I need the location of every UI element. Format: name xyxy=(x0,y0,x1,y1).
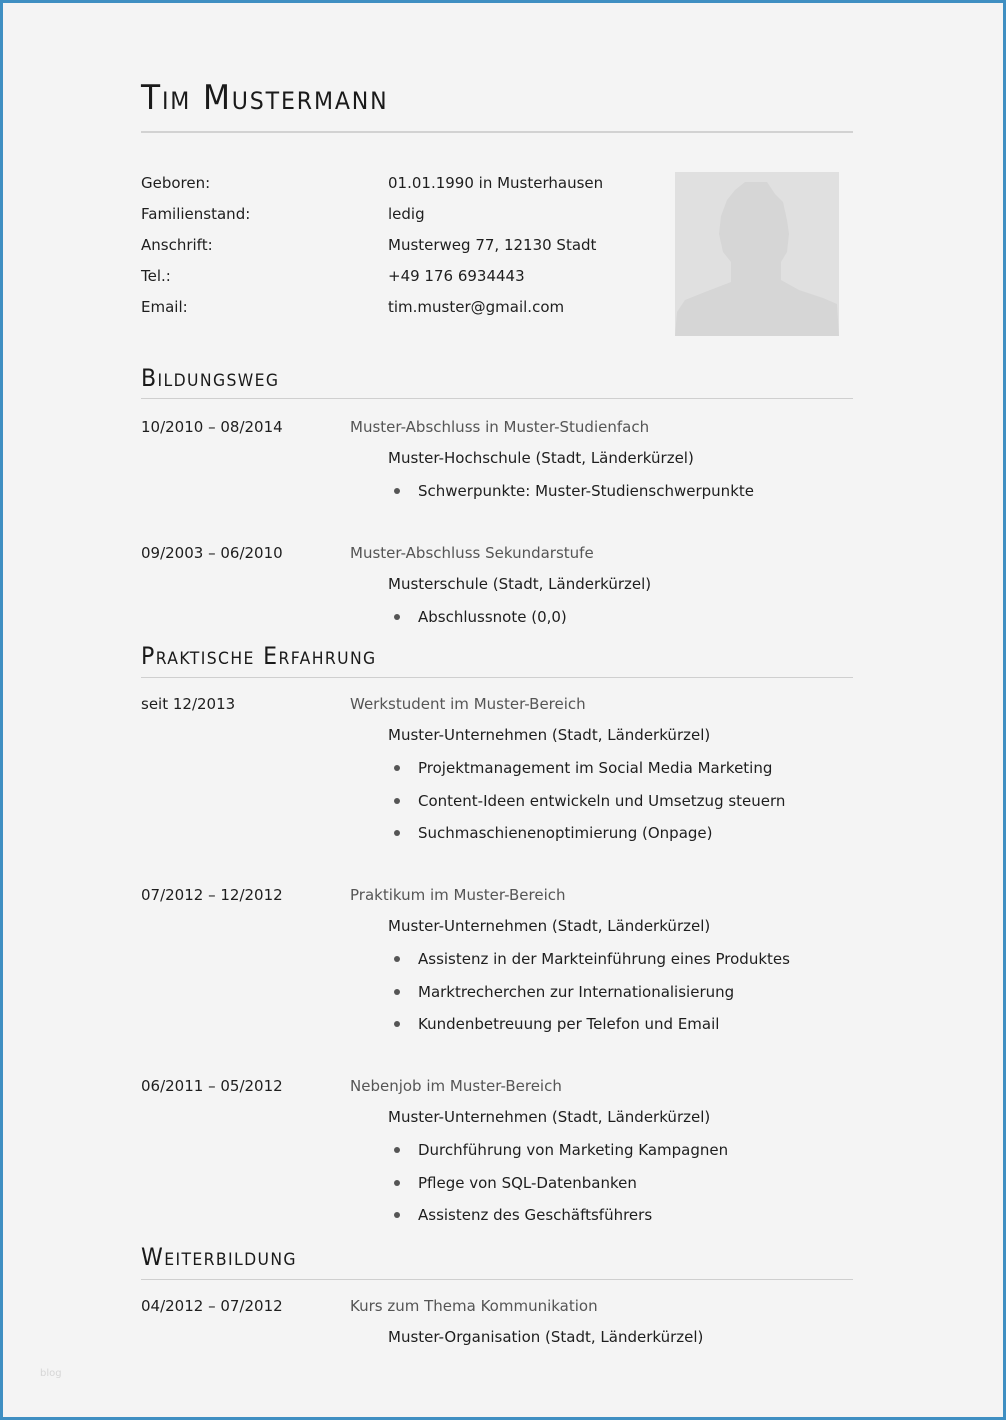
bullet-item: Marktrecherchen zur Internationalisierun… xyxy=(388,983,790,1016)
watermark: blog xyxy=(40,1368,62,1379)
profile-photo xyxy=(675,172,839,336)
bullet-icon xyxy=(394,614,400,620)
entry-date: 10/2010 – 08/2014 xyxy=(141,418,283,436)
entry-title: Kurs zum Thema Kommunikation xyxy=(350,1297,598,1315)
entry-title: Muster-Abschluss Sekundarstufe xyxy=(350,544,594,562)
section-divider xyxy=(141,398,853,399)
entry-date: 06/2011 – 05/2012 xyxy=(141,1077,283,1095)
bullet-item: Abschlussnote (0,0) xyxy=(388,608,567,641)
bullet-item: Assistenz des Geschäftsführers xyxy=(388,1206,728,1239)
bullet-icon xyxy=(394,1021,400,1027)
info-value: tim.muster@gmail.com xyxy=(388,298,564,316)
entry-bullets: Projektmanagement im Social Media Market… xyxy=(388,759,785,857)
section-title-experience: Praktische Erfahrung xyxy=(141,642,377,670)
entry-date: seit 12/2013 xyxy=(141,695,235,713)
bullet-item: Kundenbetreuung per Telefon und Email xyxy=(388,1015,790,1048)
bullet-item: Projektmanagement im Social Media Market… xyxy=(388,759,785,792)
entry-bullets: Durchführung von Marketing Kampagnen Pfl… xyxy=(388,1141,728,1239)
section-title-education: Bildungsweg xyxy=(141,364,279,392)
bullet-item: Schwerpunkte: Muster-Studienschwerpunkte xyxy=(388,482,754,515)
entry-org: Muster-Organisation (Stadt, Länderkürzel… xyxy=(388,1328,703,1346)
entry-title: Muster-Abschluss in Muster-Studienfach xyxy=(350,418,649,436)
bullet-icon xyxy=(394,1180,400,1186)
bullet-icon xyxy=(394,956,400,962)
section-title-training: Weiterbildung xyxy=(141,1243,297,1271)
info-label: Familienstand: xyxy=(141,205,250,223)
bullet-icon xyxy=(394,1147,400,1153)
bullet-item: Assistenz in der Markteinführung eines P… xyxy=(388,950,790,983)
info-value: +49 176 6934443 xyxy=(388,267,525,285)
info-label: Geboren: xyxy=(141,174,210,192)
entry-bullets: Abschlussnote (0,0) xyxy=(388,608,567,641)
entry-date: 07/2012 – 12/2012 xyxy=(141,886,283,904)
entry-org: Musterschule (Stadt, Länderkürzel) xyxy=(388,575,651,593)
entry-title: Werkstudent im Muster-Bereich xyxy=(350,695,586,713)
section-divider xyxy=(141,677,853,678)
cv-name: Tim Mustermann xyxy=(141,78,389,118)
info-value: 01.01.1990 in Musterhausen xyxy=(388,174,603,192)
entry-title: Nebenjob im Muster-Bereich xyxy=(350,1077,562,1095)
section-divider xyxy=(141,1279,853,1280)
bullet-icon xyxy=(394,765,400,771)
info-label: Tel.: xyxy=(141,267,171,285)
person-silhouette-icon xyxy=(675,172,839,336)
bullet-icon xyxy=(394,488,400,494)
bullet-icon xyxy=(394,830,400,836)
entry-bullets: Schwerpunkte: Muster-Studienschwerpunkte xyxy=(388,482,754,515)
entry-title: Praktikum im Muster-Bereich xyxy=(350,886,566,904)
entry-date: 04/2012 – 07/2012 xyxy=(141,1297,283,1315)
bullet-item: Content-Ideen entwickeln und Umsetzug st… xyxy=(388,792,785,825)
entry-org: Muster-Hochschule (Stadt, Länderkürzel) xyxy=(388,449,694,467)
bullet-item: Durchführung von Marketing Kampagnen xyxy=(388,1141,728,1174)
info-value: ledig xyxy=(388,205,425,223)
entry-date: 09/2003 – 06/2010 xyxy=(141,544,283,562)
entry-org: Muster-Unternehmen (Stadt, Länderkürzel) xyxy=(388,917,710,935)
bullet-icon xyxy=(394,798,400,804)
entry-org: Muster-Unternehmen (Stadt, Länderkürzel) xyxy=(388,1108,710,1126)
entry-org: Muster-Unternehmen (Stadt, Länderkürzel) xyxy=(388,726,710,744)
info-value: Musterweg 77, 12130 Stadt xyxy=(388,236,596,254)
bullet-item: Suchmaschienenoptimierung (Onpage) xyxy=(388,824,785,857)
bullet-item: Pflege von SQL-Datenbanken xyxy=(388,1174,728,1207)
entry-bullets: Assistenz in der Markteinführung eines P… xyxy=(388,950,790,1048)
bullet-icon xyxy=(394,1212,400,1218)
info-label: Email: xyxy=(141,298,188,316)
name-divider xyxy=(141,131,853,133)
info-label: Anschrift: xyxy=(141,236,213,254)
bullet-icon xyxy=(394,989,400,995)
